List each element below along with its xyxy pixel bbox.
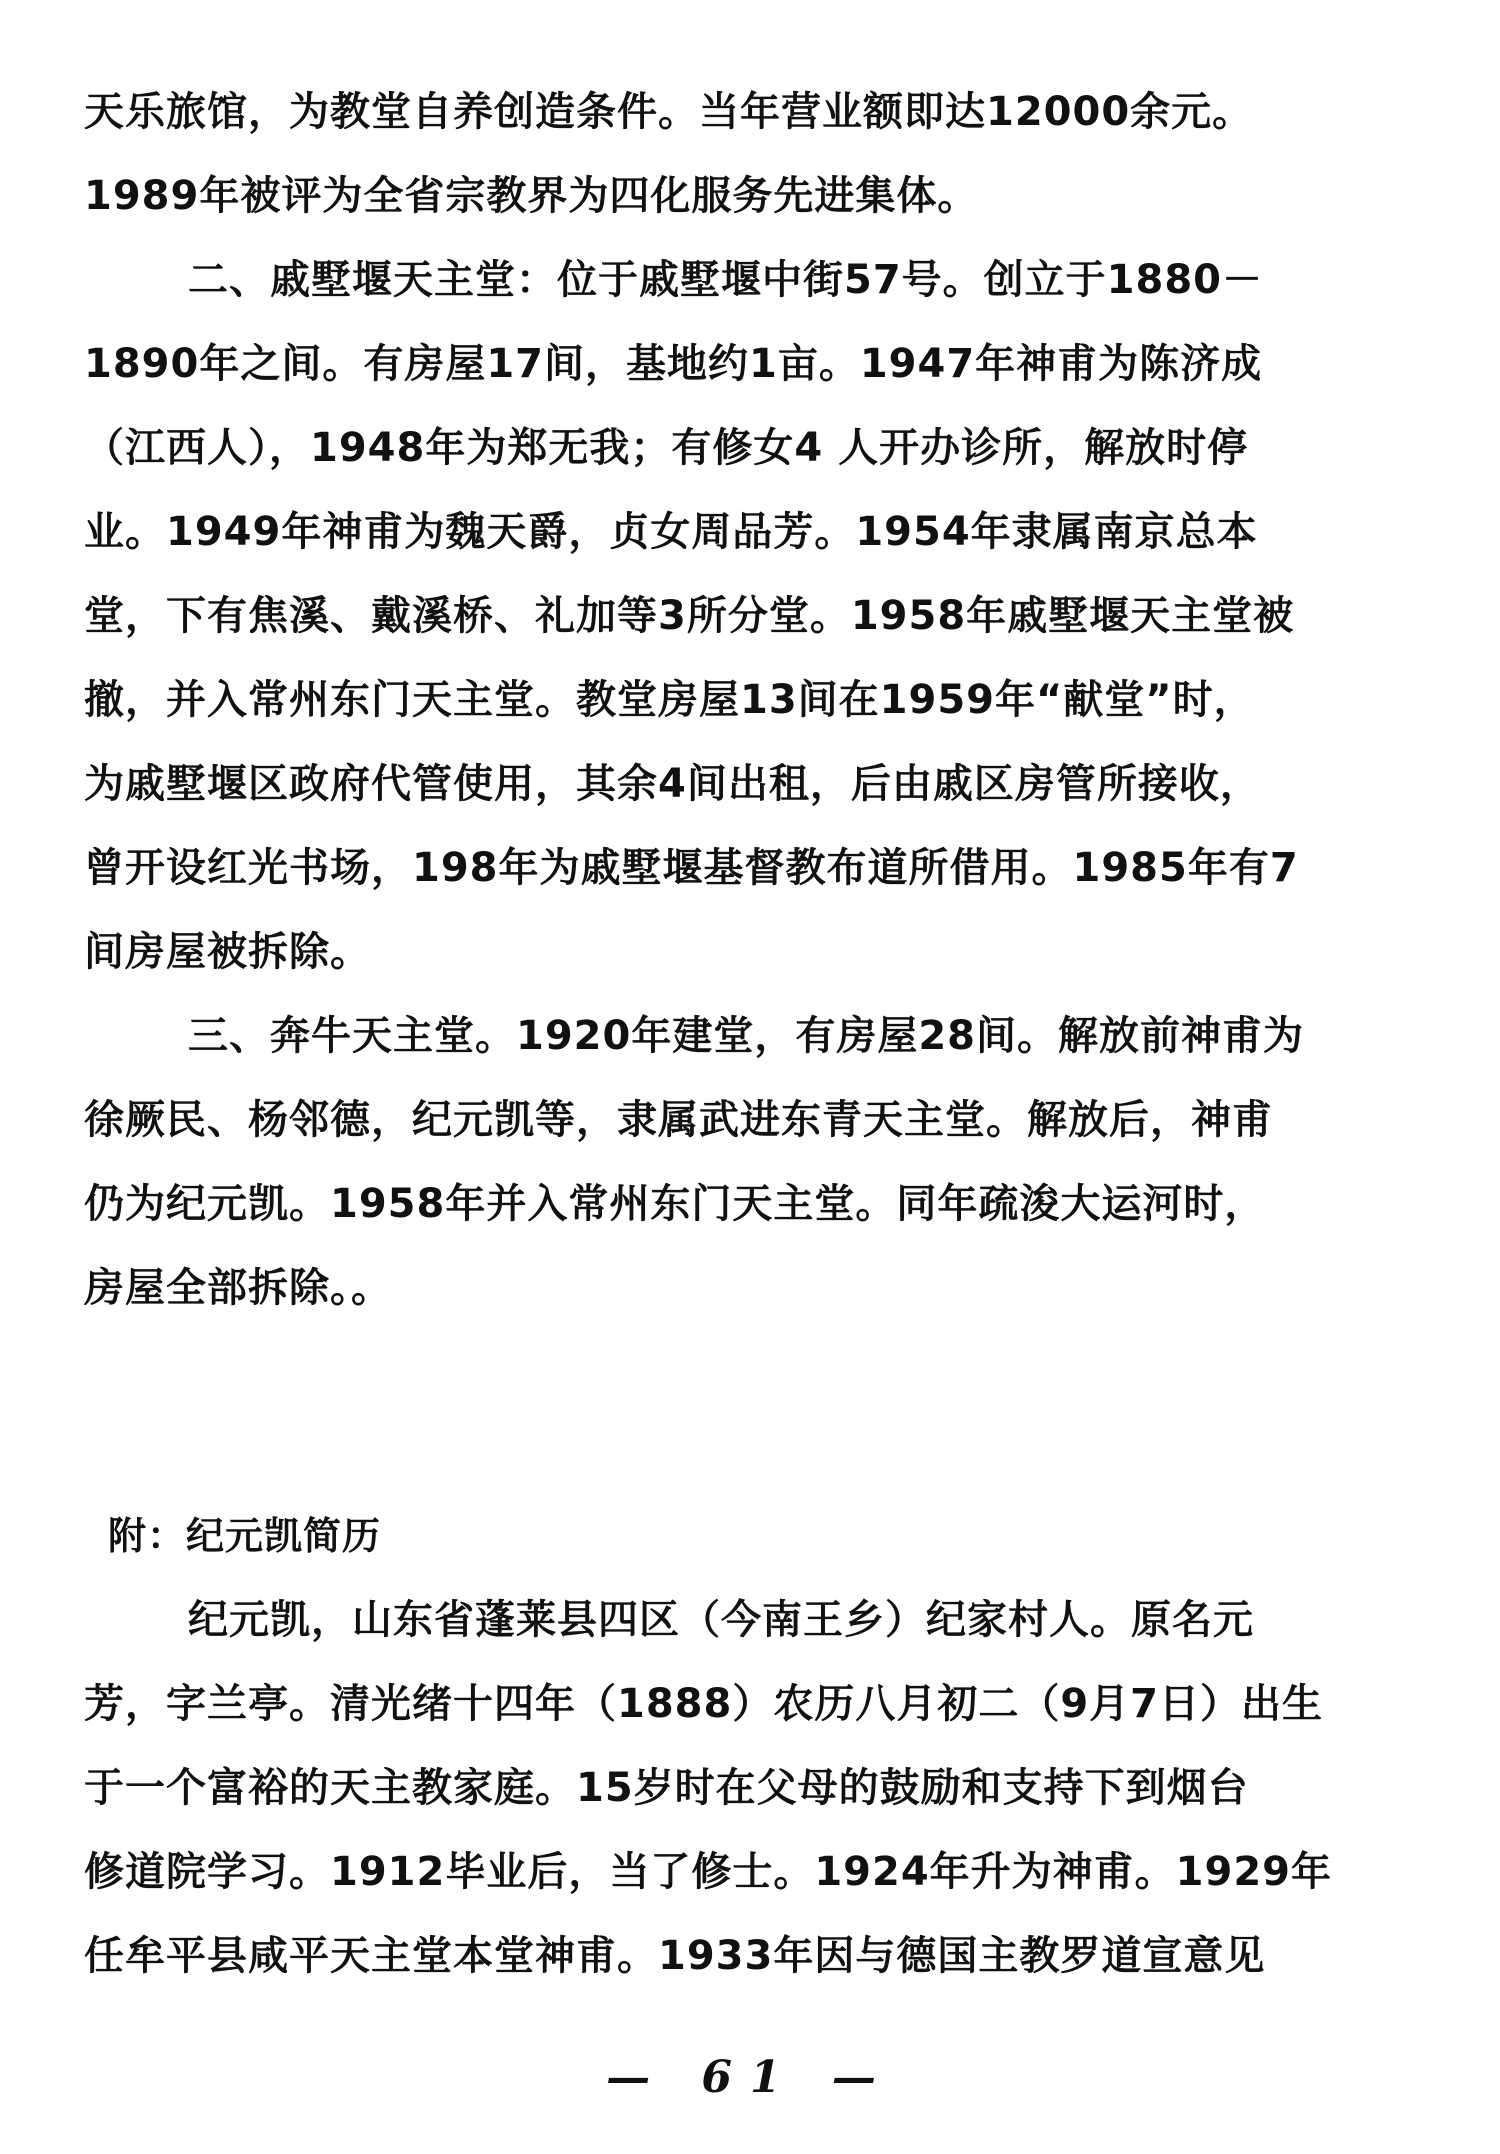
text-line: 撤，并入常州东门天主堂。教堂房屋13间在1959年“献堂”时， — [84, 672, 1434, 728]
text-line: 1890年之间。有房屋17间，基地约1亩。1947年神甫为陈济成 — [84, 336, 1434, 392]
section-two-start: 二、戚墅堰天主堂：位于戚墅堰中街57号。创立于1880－ — [188, 252, 1500, 308]
appendix-line: 修道院学习。1912毕业后，当了修士。1924年升为神甫。1929年 — [84, 1844, 1434, 1900]
appendix-line: 于一个富裕的天主教家庭。15岁时在父母的鼓励和支持下到烟台 — [84, 1760, 1434, 1816]
appendix-line: 纪元凯，山东省蓬莱县四区（今南王乡）纪家村人。原名元 — [188, 1592, 1500, 1648]
text-line: 业。1949年神甫为魏天爵，贞女周品芳。1954年隶属南京总本 — [84, 504, 1434, 560]
text-line: （江西人），1948年为郑无我；有修女4 人开办诊所，解放时停 — [84, 420, 1434, 476]
text-line: 曾开设红光书场，198年为戚墅堰基督教布道所借用。1985年有7 — [84, 840, 1434, 896]
appendix-line: 芳，字兰亭。清光绪十四年（1888）农历八月初二（9月7日）出生 — [84, 1676, 1434, 1732]
section-three-start: 三、奔牛天主堂。1920年建堂，有房屋28间。解放前神甫为 — [188, 1008, 1500, 1064]
text-line: 1989年被评为全省宗教界为四化服务先进集体。 — [84, 168, 1434, 224]
appendix-line: 任牟平县咸平天主堂本堂神甫。1933年因与德国主教罗道宣意见 — [84, 1928, 1434, 1984]
text-line: 为戚墅堰区政府代管使用，其余4间出租，后由戚区房管所接收， — [84, 756, 1434, 812]
scanned-page: 天乐旅馆，为教堂自养创造条件。当年营业额即达12000余元。 1989年被评为全… — [0, 0, 1500, 2154]
text-line: 徐厥民、杨邻德，纪元凯等，隶属武进东青天主堂。解放后，神甫 — [84, 1092, 1434, 1148]
text-line: 间房屋被拆除。 — [84, 924, 1434, 980]
page-number: — 61 — — [0, 2052, 1500, 2103]
text-line: 堂，下有焦溪、戴溪桥、礼加等3所分堂。1958年戚墅堰天主堂被 — [84, 588, 1434, 644]
text-line: 天乐旅馆，为教堂自养创造条件。当年营业额即达12000余元。 — [84, 84, 1434, 140]
appendix-heading: 附：纪元凯简历 — [108, 1508, 1458, 1564]
text-line: 仍为纪元凯。1958年并入常州东门天主堂。同年疏浚大运河时， — [84, 1176, 1434, 1232]
text-line: 房屋全部拆除。。 — [84, 1260, 1434, 1316]
